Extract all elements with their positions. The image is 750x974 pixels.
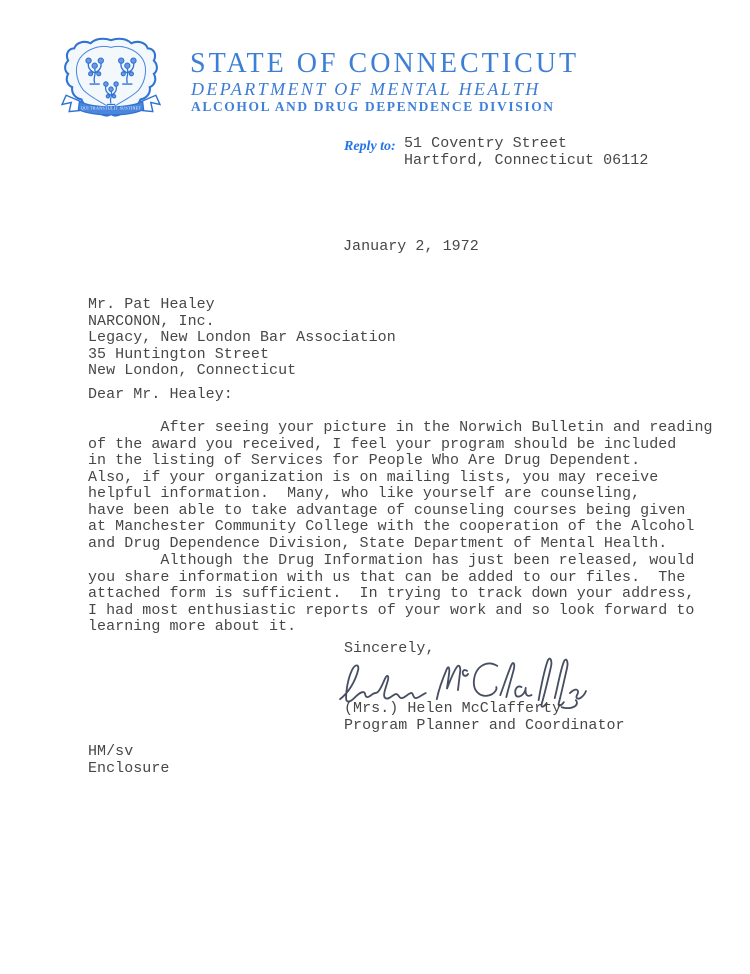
body-paragraph-1: After seeing your picture in the Norwich… — [88, 420, 713, 552]
typed-name-and-title: (Mrs.) Helen McClafferty Program Planner… — [344, 701, 625, 734]
state-seal-graphic: QUI TRANSTULIT SUSTINET — [60, 36, 162, 126]
letterhead-division: ALCOHOL AND DRUG DEPENDENCE DIVISION — [191, 99, 555, 115]
letterhead-department: DEPARTMENT OF MENTAL HEALTH — [191, 79, 541, 100]
reply-to-label: Reply to: — [344, 139, 396, 155]
seal-motto-text: QUI TRANSTULIT SUSTINET — [81, 105, 142, 110]
connecticut-state-seal: QUI TRANSTULIT SUSTINET — [60, 36, 162, 126]
body-paragraph-2: Although the Drug Information has just b… — [88, 553, 694, 636]
recipient-address: Mr. Pat Healey NARCONON, Inc. Legacy, Ne… — [88, 297, 396, 380]
salutation: Dear Mr. Healey: — [88, 387, 233, 404]
reply-to-address: 51 Coventry Street Hartford, Connecticut… — [404, 136, 648, 169]
reference-initials-enclosure: HM/sv Enclosure — [88, 744, 169, 777]
date-line: January 2, 1972 — [343, 239, 479, 256]
letterhead-org-name: STATE OF CONNECTICUT — [190, 48, 579, 80]
letter-page: QUI TRANSTULIT SUSTINET STATE OF CONNECT… — [0, 0, 750, 974]
